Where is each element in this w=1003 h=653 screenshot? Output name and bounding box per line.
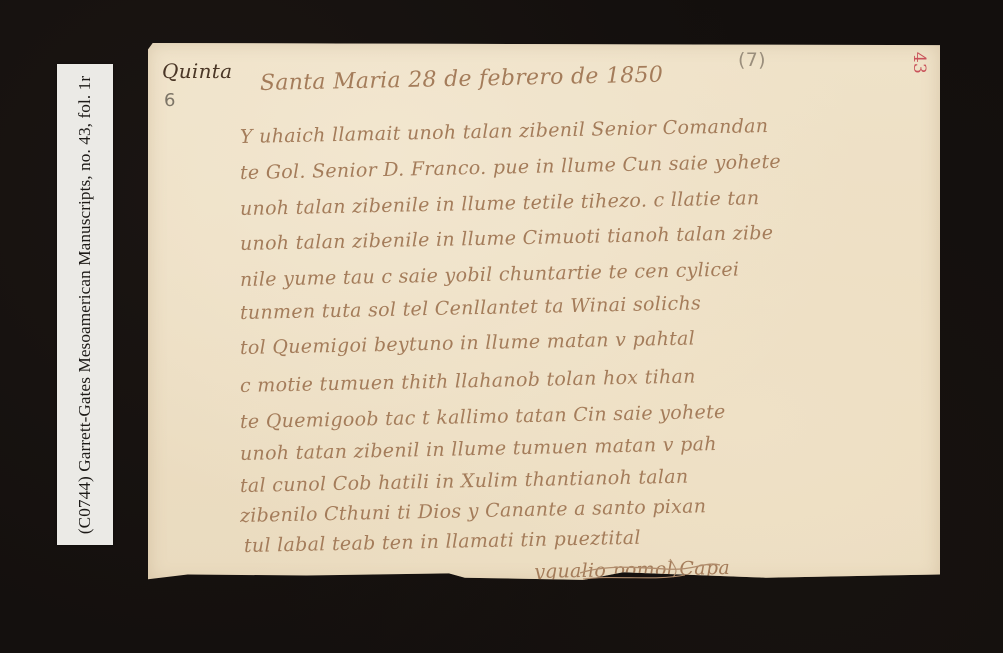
catalog-label: (C0744) Garrett-Gates Mesoamerican Manus… (57, 64, 113, 545)
signature-flourish-icon (575, 555, 725, 585)
catalog-label-text: (C0744) Garrett-Gates Mesoamerican Manus… (75, 75, 95, 533)
red-catalog-number: 43 (909, 52, 929, 74)
folio-number: (7) (738, 49, 766, 71)
manuscript-page: Quinta 6 (7) 43 Santa Maria 28 de febrer… (148, 43, 940, 582)
pencil-number: 6 (164, 90, 176, 111)
marginal-note-quinta: Quinta (162, 59, 232, 83)
